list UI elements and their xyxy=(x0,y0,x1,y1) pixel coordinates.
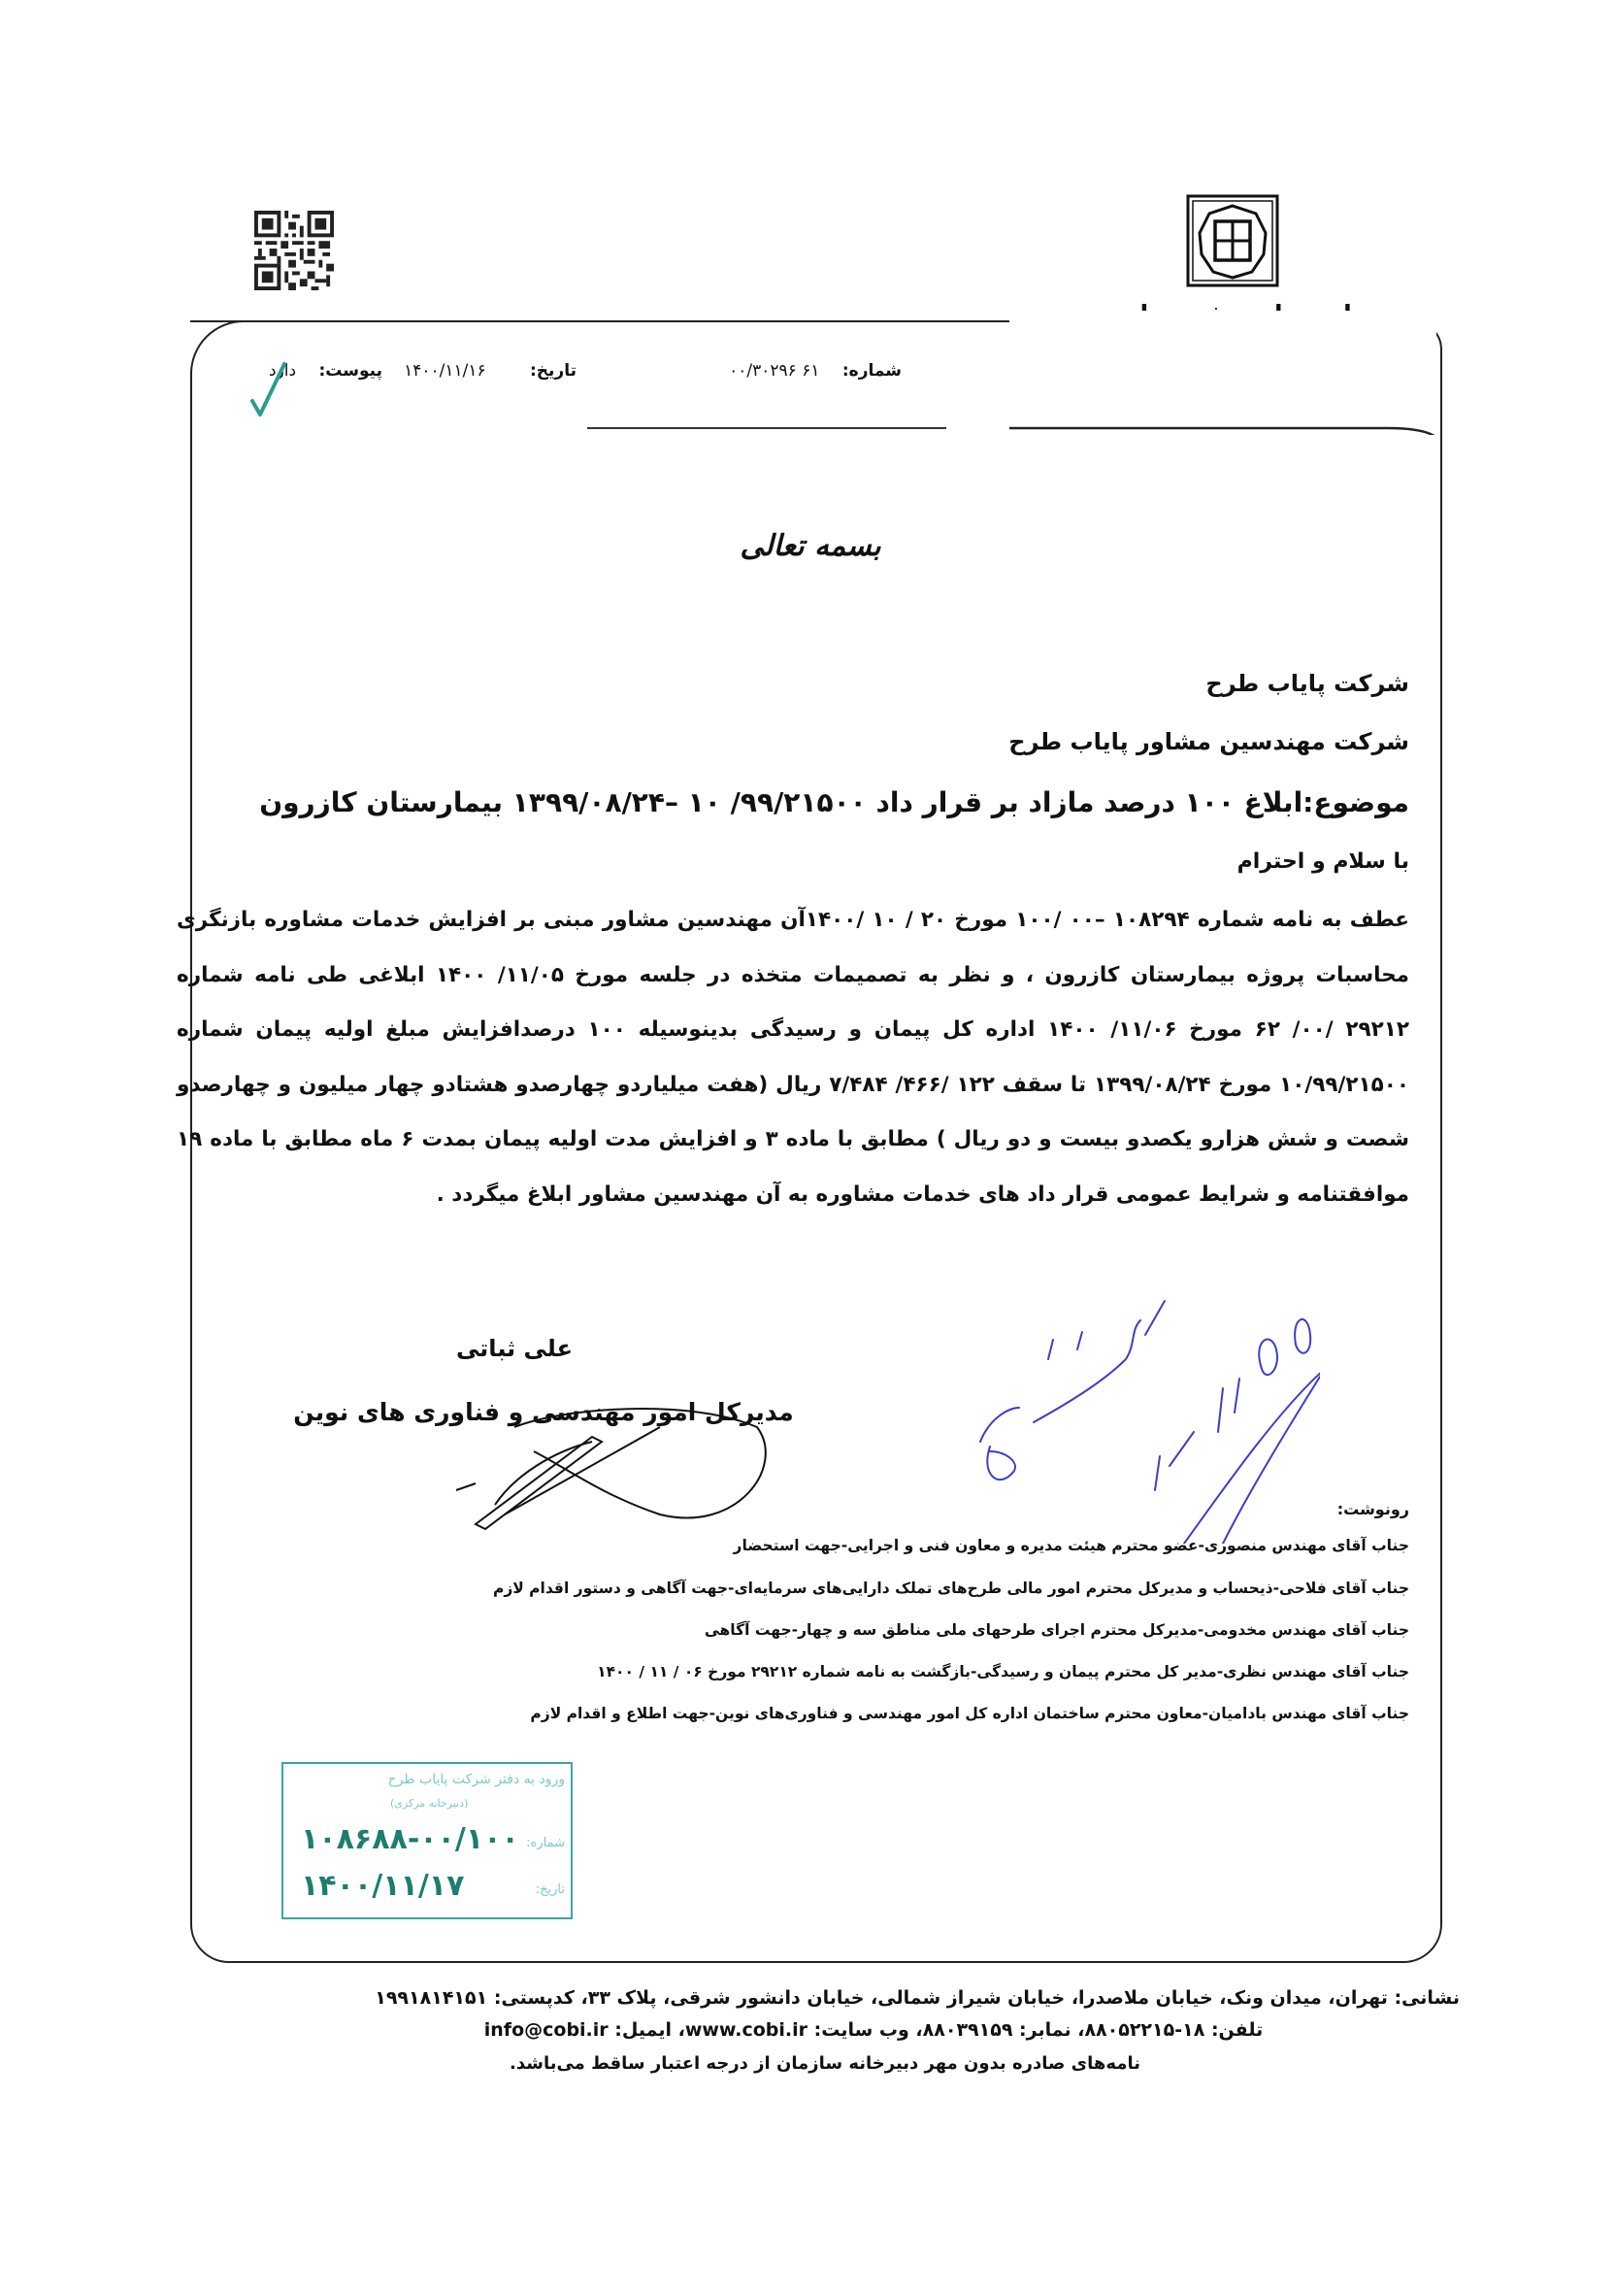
greeting: با سلام و احترام xyxy=(1237,849,1409,874)
invocation: بسمه تعالی xyxy=(738,529,883,563)
number-value: ۶۱ ۰۰/۳۰۲۹۶ xyxy=(729,361,819,381)
letter-number: شماره: ۶۱ ۰۰/۳۰۲۹۶ xyxy=(729,361,902,381)
date-label: تاریخ: xyxy=(530,361,577,381)
cc-item: جناب آقای مهندس نظری-مدیر کل محترم پیمان… xyxy=(597,1663,1409,1680)
window-octagon-logo-icon xyxy=(1186,194,1279,287)
signature-scribble-icon xyxy=(369,1398,776,1544)
cc-item: جناب آقای مهندس بادامیان-معاون محترم ساخ… xyxy=(530,1705,1409,1722)
letter-subject: موضوع:ابلاغ ۱۰۰ درصد مازاد بر قرار داد ۹… xyxy=(259,786,1409,818)
number-label: شماره: xyxy=(842,361,902,381)
handwritten-annotation-icon xyxy=(961,1262,1320,1544)
letter-date: تاریخ: ۱۴۰۰/۱۱/۱۶ xyxy=(404,361,577,381)
recipient-consultant: شرکت مهندسین مشاور پایاب طرح xyxy=(1008,728,1409,755)
letter-body: عطف به نامه شماره ۱۰۸۲۹۴ –۰۰ /۱۰۰ مورخ ۲… xyxy=(177,893,1409,1222)
stamp-date-label: تاریخ: xyxy=(536,1882,565,1897)
cc-item: جناب آقای مهندس منصوری-عضو محترم هیئت مد… xyxy=(734,1537,1409,1554)
cc-label: رونوشت: xyxy=(1337,1500,1409,1518)
stamp-number-label: شماره: xyxy=(526,1836,565,1850)
stamp-title: ورود به دفتر شرکت پایاب طرح xyxy=(388,1772,565,1787)
footer-address: نشانی: تهران، میدان ونک، خیابان ملاصدرا،… xyxy=(375,1987,1460,2009)
signatory-name: علی ثباتی xyxy=(427,1335,602,1362)
meta-underline xyxy=(587,427,946,429)
attachment-label: پیوست: xyxy=(319,361,383,381)
checkmark-icon xyxy=(247,354,291,422)
footer-notice: نامه‌های صادره بدون مهر دبیرخانه سازمان … xyxy=(388,2053,1262,2074)
qr-code-icon xyxy=(254,211,334,290)
received-stamp: ورود به دفتر شرکت پایاب طرح (دبیرخانه مر… xyxy=(281,1762,573,1919)
date-value: ۱۴۰۰/۱۱/۱۶ xyxy=(404,361,486,381)
recipient-company: شرکت پایاب طرح xyxy=(1205,670,1409,697)
stamp-date-value: ۱۴۰۰/۱۱/۱۷ xyxy=(301,1869,464,1903)
stamp-number-value: ۱۰۸۶۸۸-۰۰/۱۰۰ xyxy=(301,1822,519,1856)
cc-item: جناب آقای فلاحی-ذیحساب و مدیرکل محترم ام… xyxy=(493,1580,1409,1597)
footer-contact: تلفن: ۱۸-۸۸۰۵۲۲۱۵، نمابر: ۸۸۰۳۹۱۵۹، وب س… xyxy=(388,2019,1359,2041)
frame-header-curve xyxy=(1009,309,1446,435)
frame-top-left xyxy=(190,320,588,322)
stamp-subtitle: (دبیرخانه مرکزی) xyxy=(390,1797,468,1810)
cc-item: جناب آقای مهندس مخدومی-مدیرکل محترم اجرا… xyxy=(705,1621,1409,1639)
